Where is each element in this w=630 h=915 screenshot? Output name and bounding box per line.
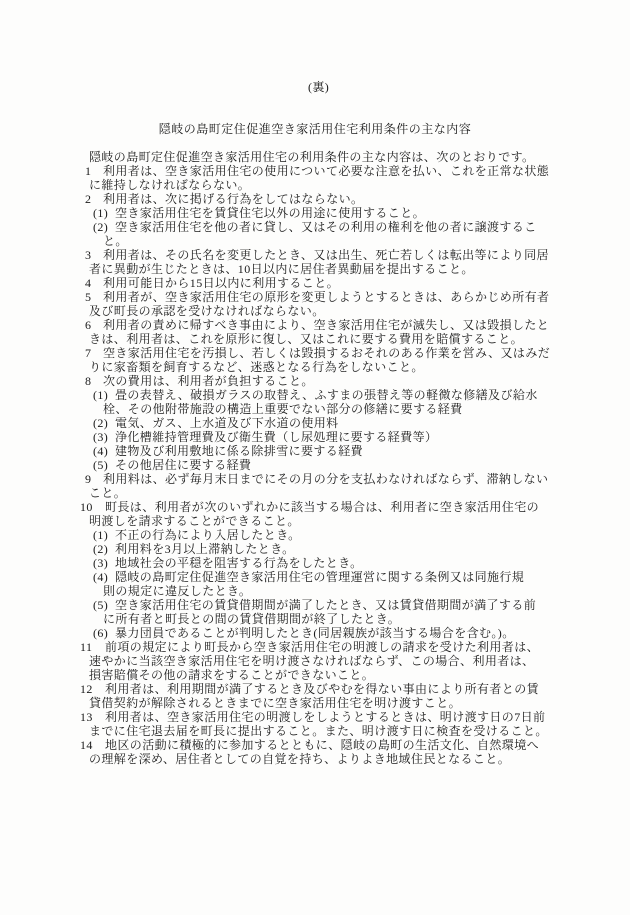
item-number: 2 bbox=[85, 192, 103, 206]
line-text: 利用者の責めに帰すべき事由により、空き家活用住宅が滅失し、又は毀損したと bbox=[103, 318, 549, 332]
item-number: 11 bbox=[80, 640, 105, 654]
line-text: 明渡しを請求することができること。 bbox=[89, 514, 300, 528]
line-text: 隠岐の島町定住促進空き家活用住宅の管理運営に関する条例又は同施行規 bbox=[115, 570, 524, 584]
line-text: 地域社会の平穏を阻害する行為をしたとき。 bbox=[115, 556, 363, 570]
item-number: (2) bbox=[93, 220, 115, 234]
line-text: 不正の行為により入居したとき。 bbox=[115, 528, 301, 542]
item-number: 3 bbox=[85, 248, 103, 262]
intro-line: 隠岐の島町定住促進空き家活用住宅の利用条件の主な内容は、次のとおりです。 bbox=[0, 150, 630, 164]
document-body: 隠岐の島町定住促進空き家活用住宅の利用条件の主な内容は、次のとおりです。 1利用… bbox=[0, 150, 630, 766]
line-text: 利用者は、利用期間が満了するとき及びやむを得ない事由により所有者との賃 bbox=[105, 682, 539, 696]
line-text: 利用者は、その氏名を変更したとき、又は出生、死亡若しくは転出等により同居 bbox=[103, 248, 549, 262]
item-number: (2) bbox=[93, 416, 115, 430]
line-text: 空き家活用住宅の賃貸借期間が満了したとき、又は賃貸借期間が満了する前 bbox=[115, 598, 536, 612]
line-text: 損害賠償その他の請求をすることができないこと。 bbox=[89, 668, 374, 682]
document-page: (裏) 隠岐の島町定住促進空き家活用住宅利用条件の主な内容 隠岐の島町定住促進空… bbox=[0, 0, 630, 915]
item-number: (3) bbox=[93, 556, 115, 570]
line-text: 地区の活動に積極的に参加するとともに、隠岐の島町の生活文化、自然環境へ bbox=[105, 738, 539, 752]
line-text: 町長は、利用者が次のいずれかに該当する場合は、利用者に空き家活用住宅の bbox=[105, 500, 539, 514]
line-text: その他居住に要する経費 bbox=[115, 458, 251, 472]
item-line-cont: きは、利用者は、これを原形に復し、又はこれに要する費用を賠償すること。 bbox=[0, 332, 630, 346]
subitem-line: (5)空き家活用住宅の賃貸借期間が満了したとき、又は賃貸借期間が満了する前 bbox=[0, 598, 630, 612]
item-number: (6) bbox=[93, 626, 115, 640]
subitem-line: (2)空き家活用住宅を他の者に貸し、又はその利用の権利を他の者に譲渡するこ bbox=[0, 220, 630, 234]
line-text: 空き家活用住宅を他の者に貸し、又はその利用の権利を他の者に譲渡するこ bbox=[115, 220, 537, 234]
item-line-cont: 損害賠償その他の請求をすることができないこと。 bbox=[0, 668, 630, 682]
line-text: までに住宅退去届を町長に提出すること。また、明け渡す日に検査を受けること。 bbox=[89, 724, 548, 738]
item-line: 11前項の規定により町長から空き家活用住宅の明渡しの請求を受けた利用者は、 bbox=[0, 640, 630, 654]
subitem-line-cont: と。 bbox=[0, 234, 630, 248]
item-number: 6 bbox=[85, 318, 103, 332]
line-text: の理解を深め、居住者としての自覚を持ち、よりよき地域住民となること。 bbox=[89, 752, 510, 766]
line-text: 利用者が、空き家活用住宅の原形を変更しようとするときは、あらかじめ所有者 bbox=[103, 290, 549, 304]
item-line: 14地区の活動に積極的に参加するとともに、隠岐の島町の生活文化、自然環境へ bbox=[0, 738, 630, 752]
line-text: 前項の規定により町長から空き家活用住宅の明渡しの請求を受けた利用者は、 bbox=[105, 640, 539, 654]
document-title: 隠岐の島町定住促進空き家活用住宅利用条件の主な内容 bbox=[0, 122, 630, 137]
line-text: 栓、その他附帯施設の構造上重要でない部分の修繕に要する経費 bbox=[103, 402, 463, 416]
line-text: 貸借契約が解除されるときまでに空き家活用住宅を明け渡すこと。 bbox=[89, 696, 461, 710]
item-number: 7 bbox=[85, 346, 103, 360]
item-number: 13 bbox=[80, 710, 105, 724]
item-line: 10町長は、利用者が次のいずれかに該当する場合は、利用者に空き家活用住宅の bbox=[0, 500, 630, 514]
subitem-line: (6)暴力団員であることが判明したとき(同居親族が該当する場合を含む。)。 bbox=[0, 626, 630, 640]
subitem-line: (2)利用料を3月以上滞納したとき。 bbox=[0, 542, 630, 556]
line-text: こと。 bbox=[89, 486, 126, 500]
item-number: (3) bbox=[93, 430, 115, 444]
line-text: 利用可能日から15日以内に利用すること。 bbox=[103, 276, 339, 290]
line-text: に所有者と町長との間の賃貸借期間が終了したとき。 bbox=[103, 612, 400, 626]
item-line-cont: に維持しなければならない。 bbox=[0, 178, 630, 192]
item-number: 12 bbox=[80, 682, 105, 696]
item-number: 5 bbox=[85, 290, 103, 304]
item-number: (1) bbox=[93, 528, 115, 542]
line-text: と。 bbox=[103, 234, 128, 248]
line-text: 浄化槽維持管理費及び衛生費（し尿処理に要する経費等） bbox=[115, 430, 437, 444]
item-line: 9利用料は、必ず毎月末日までにその月の分を支払わなければならず、滞納しない bbox=[0, 472, 630, 486]
item-line: 7空き家活用住宅を汚損し、若しくは毀損するおそれのある作業を営み、又はみだ bbox=[0, 346, 630, 360]
line-text: に維持しなければならない。 bbox=[89, 178, 250, 192]
item-number: (1) bbox=[93, 206, 115, 220]
line-text: 空き家活用住宅を汚損し、若しくは毀損するおそれのある作業を営み、又はみだ bbox=[103, 346, 550, 360]
subitem-line: (4)隠岐の島町定住促進空き家活用住宅の管理運営に関する条例又は同施行規 bbox=[0, 570, 630, 584]
item-line-cont: こと。 bbox=[0, 486, 630, 500]
line-text: きは、利用者は、これを原形に復し、又はこれに要する費用を賠償すること。 bbox=[89, 332, 523, 346]
item-number: (1) bbox=[93, 388, 115, 402]
item-line-cont: までに住宅退去届を町長に提出すること。また、明け渡す日に検査を受けること。 bbox=[0, 724, 630, 738]
item-line: 8次の費用は、利用者が負担すること。 bbox=[0, 374, 630, 388]
subitem-line: (1)畳の表替え、破損ガラスの取替え、ふすまの張替え等の軽微な修繕及び給水 bbox=[0, 388, 630, 402]
line-text: 暴力団員であることが判明したとき(同居親族が該当する場合を含む。)。 bbox=[115, 626, 515, 640]
subitem-line-cont: 則の規定に違反したとき。 bbox=[0, 584, 630, 598]
item-line-cont: りに家畜類を飼育するなど、迷惑となる行為をしないこと。 bbox=[0, 360, 630, 374]
item-number: 10 bbox=[80, 500, 105, 514]
line-text: 利用者は、次に掲げる行為をしてはならない。 bbox=[103, 192, 363, 206]
item-number: 14 bbox=[80, 738, 105, 752]
item-number: 1 bbox=[85, 164, 103, 178]
subitem-line-cont: に所有者と町長との間の賃貸借期間が終了したとき。 bbox=[0, 612, 630, 626]
item-line: 1利用者は、空き家活用住宅の使用について必要な注意を払い、これを正常な状態 bbox=[0, 164, 630, 178]
line-text: 利用料は、必ず毎月末日までにその月の分を支払わなければならず、滞納しない bbox=[103, 472, 548, 486]
item-number: (4) bbox=[93, 570, 115, 584]
line-text: 次の費用は、利用者が負担すること。 bbox=[103, 374, 314, 388]
item-line-cont: 明渡しを請求することができること。 bbox=[0, 514, 630, 528]
line-text: 及び町長の承認を受けなければならない。 bbox=[89, 304, 325, 318]
line-text: りに家畜類を飼育するなど、迷惑となる行為をしないこと。 bbox=[89, 360, 424, 374]
item-line: 4利用可能日から15日以内に利用すること。 bbox=[0, 276, 630, 290]
item-line: 2利用者は、次に掲げる行為をしてはならない。 bbox=[0, 192, 630, 206]
subitem-line: (4)建物及び利用敷地に係る除排雪に要する経費 bbox=[0, 444, 630, 458]
item-line-cont: 速やかに当該空き家活用住宅を明け渡さなければならず、この場合、利用者は、 bbox=[0, 654, 630, 668]
line-text: 則の規定に違反したとき。 bbox=[103, 584, 251, 598]
item-number: 8 bbox=[85, 374, 103, 388]
line-text: 者に異動が生じたときは、10日以内に居住者異動届を提出すること。 bbox=[89, 262, 474, 276]
item-number: (5) bbox=[93, 598, 115, 612]
line-text: 利用者は、空き家活用住宅の使用について必要な注意を払い、これを正常な状態 bbox=[103, 164, 549, 178]
line-text: 速やかに当該空き家活用住宅を明け渡さなければならず、この場合、利用者は、 bbox=[89, 654, 534, 668]
line-text: 利用者は、空き家活用住宅の明渡しをしようとするときは、明け渡す日の7日前 bbox=[105, 710, 545, 724]
item-line-cont: 貸借契約が解除されるときまでに空き家活用住宅を明け渡すこと。 bbox=[0, 696, 630, 710]
subitem-line: (3)浄化槽維持管理費及び衛生費（し尿処理に要する経費等） bbox=[0, 430, 630, 444]
line-text: 利用料を3月以上滞納したとき。 bbox=[115, 542, 295, 556]
item-line-cont: の理解を深め、居住者としての自覚を持ち、よりよき地域住民となること。 bbox=[0, 752, 630, 766]
subitem-line: (1)不正の行為により入居したとき。 bbox=[0, 528, 630, 542]
subitem-line: (5)その他居住に要する経費 bbox=[0, 458, 630, 472]
item-line: 3利用者は、その氏名を変更したとき、又は出生、死亡若しくは転出等により同居 bbox=[0, 248, 630, 262]
item-line-cont: 及び町長の承認を受けなければならない。 bbox=[0, 304, 630, 318]
line-text: 電気、ガス、上水道及び下水道の使用料 bbox=[115, 416, 339, 430]
subitem-line-cont: 栓、その他附帯施設の構造上重要でない部分の修繕に要する経費 bbox=[0, 402, 630, 416]
item-line: 12利用者は、利用期間が満了するとき及びやむを得ない事由により所有者との賃 bbox=[0, 682, 630, 696]
item-number: (5) bbox=[93, 458, 115, 472]
line-text: 空き家活用住宅を賃貸住宅以外の用途に使用すること。 bbox=[115, 206, 425, 220]
item-number: 4 bbox=[85, 276, 103, 290]
item-number: (2) bbox=[93, 542, 115, 556]
subitem-line: (1)空き家活用住宅を賃貸住宅以外の用途に使用すること。 bbox=[0, 206, 630, 220]
item-line: 13利用者は、空き家活用住宅の明渡しをしようとするときは、明け渡す日の7日前 bbox=[0, 710, 630, 724]
item-line: 5利用者が、空き家活用住宅の原形を変更しようとするときは、あらかじめ所有者 bbox=[0, 290, 630, 304]
line-text: 建物及び利用敷地に係る除排雪に要する経費 bbox=[115, 444, 363, 458]
item-line-cont: 者に異動が生じたときは、10日以内に居住者異動届を提出すること。 bbox=[0, 262, 630, 276]
item-line: 6利用者の責めに帰すべき事由により、空き家活用住宅が滅失し、又は毀損したと bbox=[0, 318, 630, 332]
item-number: (4) bbox=[93, 444, 115, 458]
item-number: 9 bbox=[85, 472, 103, 486]
subitem-line: (3)地域社会の平穏を阻害する行為をしたとき。 bbox=[0, 556, 630, 570]
page-side-label: (裏) bbox=[308, 80, 329, 94]
subitem-line: (2)電気、ガス、上水道及び下水道の使用料 bbox=[0, 416, 630, 430]
line-text: 畳の表替え、破損ガラスの取替え、ふすまの張替え等の軽微な修繕及び給水 bbox=[115, 388, 538, 402]
